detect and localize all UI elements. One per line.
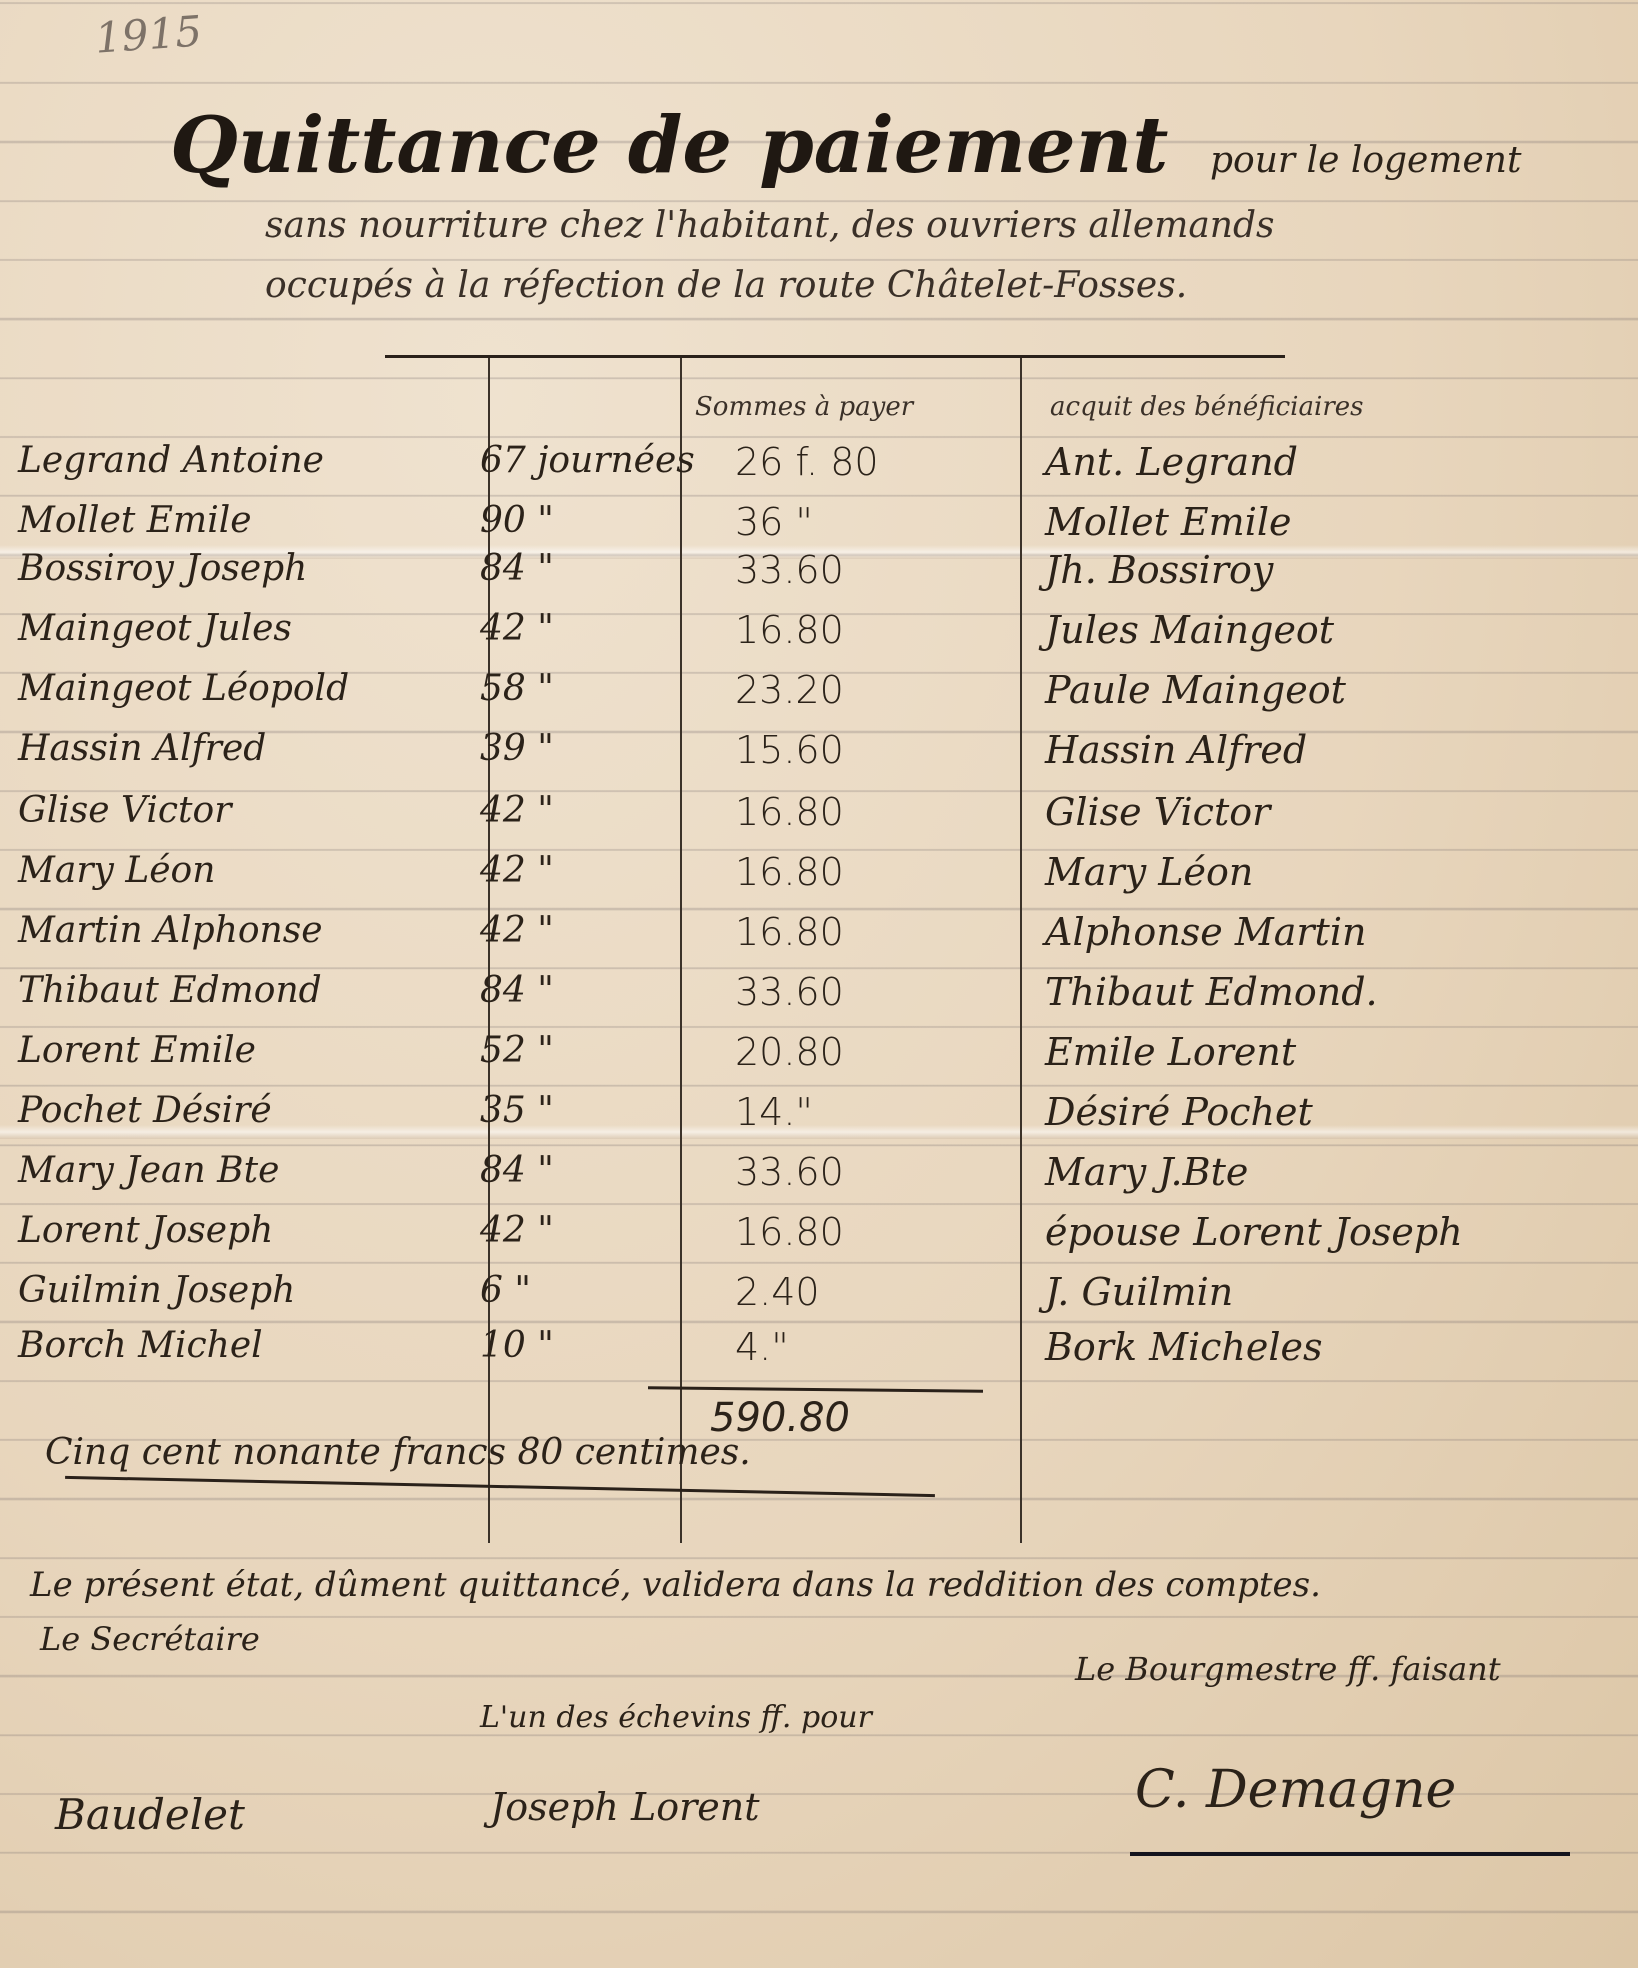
mayor-signature-underline — [1130, 1852, 1570, 1856]
table-row: Maingeot Jules 42 " 16.80 Jules Maingeot — [0, 608, 1638, 668]
beneficiary-signature: Mollet Emile — [1045, 500, 1292, 544]
secretary-label: Le Secrétaire — [40, 1620, 260, 1658]
beneficiary-signature: Bork Micheles — [1045, 1325, 1323, 1369]
amount: 16.80 — [735, 1210, 844, 1254]
beneficiary-signature: Ant. Legrand — [1045, 440, 1298, 484]
beneficiary-signature: épouse Lorent Joseph — [1045, 1210, 1463, 1254]
beneficiary-signature: J. Guilmin — [1045, 1270, 1233, 1314]
days-count: 42 " — [480, 910, 554, 951]
beneficiary-signature: Thibaut Edmond. — [1045, 970, 1378, 1014]
amount: 33.60 — [735, 970, 844, 1014]
worker-name: Martin Alphonse — [18, 910, 323, 951]
table-row: Maingeot Léopold 58 " 23.20 Paule Mainge… — [0, 668, 1638, 728]
document-title: Quittance de paiement — [170, 100, 1168, 191]
beneficiary-signature: Jh. Bossiroy — [1045, 548, 1273, 592]
intro-line: sans nourriture chez l'habitant, des ouv… — [265, 205, 1275, 246]
worker-name: Mollet Emile — [18, 500, 252, 541]
worker-name: Borch Michel — [18, 1325, 263, 1366]
worker-name: Lorent Emile — [18, 1030, 256, 1071]
table-row: Glise Victor 42 " 16.80 Glise Victor — [0, 790, 1638, 850]
table-row: Legrand Antoine 67 journées 26 f. 80 Ant… — [0, 440, 1638, 500]
archive-reference: 1915 — [93, 6, 203, 62]
column-header-signatures: acquit des bénéficiaires — [1050, 392, 1363, 422]
column-header-amount: Sommes à payer — [695, 392, 913, 422]
days-count: 84 " — [480, 970, 554, 1011]
amount: 16.80 — [735, 608, 844, 652]
beneficiary-signature: Glise Victor — [1045, 790, 1270, 834]
mayor-signature: C. Demagne — [1135, 1760, 1456, 1820]
amount: 4." — [735, 1325, 789, 1369]
days-count: 90 " — [480, 500, 554, 541]
days-count: 84 " — [480, 1150, 554, 1191]
amount: 36 " — [735, 500, 813, 544]
worker-name: Maingeot Léopold — [18, 668, 349, 709]
table-row: Martin Alphonse 42 " 16.80 Alphonse Mart… — [0, 910, 1638, 970]
worker-name: Legrand Antoine — [18, 440, 324, 481]
table-row: Bossiroy Joseph 84 " 33.60 Jh. Bossiroy — [0, 548, 1638, 608]
worker-name: Thibaut Edmond — [18, 970, 322, 1011]
title-continuation: pour le logement — [1210, 140, 1521, 181]
amount: 16.80 — [735, 910, 844, 954]
days-count: 42 " — [480, 1210, 554, 1251]
beneficiary-signature: Désiré Pochet — [1045, 1090, 1313, 1134]
table-row: Hassin Alfred 39 " 15.60 Hassin Alfred — [0, 728, 1638, 788]
worker-name: Mary Jean Bte — [18, 1150, 279, 1191]
table-row: Mary Jean Bte 84 " 33.60 Mary J.Bte — [0, 1150, 1638, 1210]
beneficiary-signature: Paule Maingeot — [1045, 668, 1346, 712]
beneficiary-signature: Emile Lorent — [1045, 1030, 1296, 1074]
beneficiary-signature: Mary J.Bte — [1045, 1150, 1248, 1194]
table-row: Thibaut Edmond 84 " 33.60 Thibaut Edmond… — [0, 970, 1638, 1030]
days-count: 84 " — [480, 548, 554, 589]
worker-name: Pochet Désiré — [18, 1090, 272, 1131]
amount: 26 f. 80 — [735, 440, 879, 484]
alderman-label: L'un des échevins ff. pour — [480, 1700, 872, 1735]
worker-name: Maingeot Jules — [18, 608, 292, 649]
beneficiary-signature: Hassin Alfred — [1045, 728, 1307, 772]
days-count: 52 " — [480, 1030, 554, 1071]
days-count: 10 " — [480, 1325, 554, 1366]
table-row: Mary Léon 42 " 16.80 Mary Léon — [0, 850, 1638, 910]
beneficiary-signature: Jules Maingeot — [1045, 608, 1334, 652]
table-row: Lorent Joseph 42 " 16.80 épouse Lorent J… — [0, 1210, 1638, 1270]
amount: 2.40 — [735, 1270, 820, 1314]
table-row: Lorent Emile 52 " 20.80 Emile Lorent — [0, 1030, 1638, 1090]
secretary-signature: Baudelet — [55, 1790, 245, 1839]
amount: 16.80 — [735, 790, 844, 834]
table-row: Borch Michel 10 " 4." Bork Micheles — [0, 1325, 1638, 1385]
amount: 33.60 — [735, 1150, 844, 1194]
beneficiary-signature: Mary Léon — [1045, 850, 1253, 894]
worker-name: Guilmin Joseph — [18, 1270, 295, 1311]
worker-name: Lorent Joseph — [18, 1210, 273, 1251]
alderman-signature: Joseph Lorent — [490, 1785, 760, 1829]
amount: 16.80 — [735, 850, 844, 894]
table-row: Guilmin Joseph 6 " 2.40 J. Guilmin — [0, 1270, 1638, 1330]
total-in-words: Cinq cent nonante francs 80 centimes. — [45, 1432, 751, 1473]
worker-name: Hassin Alfred — [18, 728, 266, 769]
days-count: 42 " — [480, 850, 554, 891]
amount: 14." — [735, 1090, 813, 1134]
mayor-label: Le Bourgmestre ff. faisant — [1075, 1650, 1501, 1688]
amount: 15.60 — [735, 728, 844, 772]
intro-line: occupés à la réfection de la route Châte… — [265, 265, 1187, 306]
days-count: 42 " — [480, 608, 554, 649]
days-count: 42 " — [480, 790, 554, 831]
days-count: 39 " — [480, 728, 554, 769]
days-count: 67 journées — [480, 440, 695, 481]
worker-name: Glise Victor — [18, 790, 231, 831]
days-count: 6 " — [480, 1270, 531, 1311]
amount: 23.20 — [735, 668, 844, 712]
table-row: Pochet Désiré 35 " 14." Désiré Pochet — [0, 1090, 1638, 1150]
beneficiary-signature: Alphonse Martin — [1045, 910, 1366, 954]
table-top-rule — [385, 355, 1285, 358]
worker-name: Mary Léon — [18, 850, 215, 891]
days-count: 35 " — [480, 1090, 554, 1131]
validation-statement: Le présent état, dûment quittancé, valid… — [30, 1565, 1321, 1605]
worker-name: Bossiroy Joseph — [18, 548, 307, 589]
amount: 33.60 — [735, 548, 844, 592]
amount: 20.80 — [735, 1030, 844, 1074]
days-count: 58 " — [480, 668, 554, 709]
